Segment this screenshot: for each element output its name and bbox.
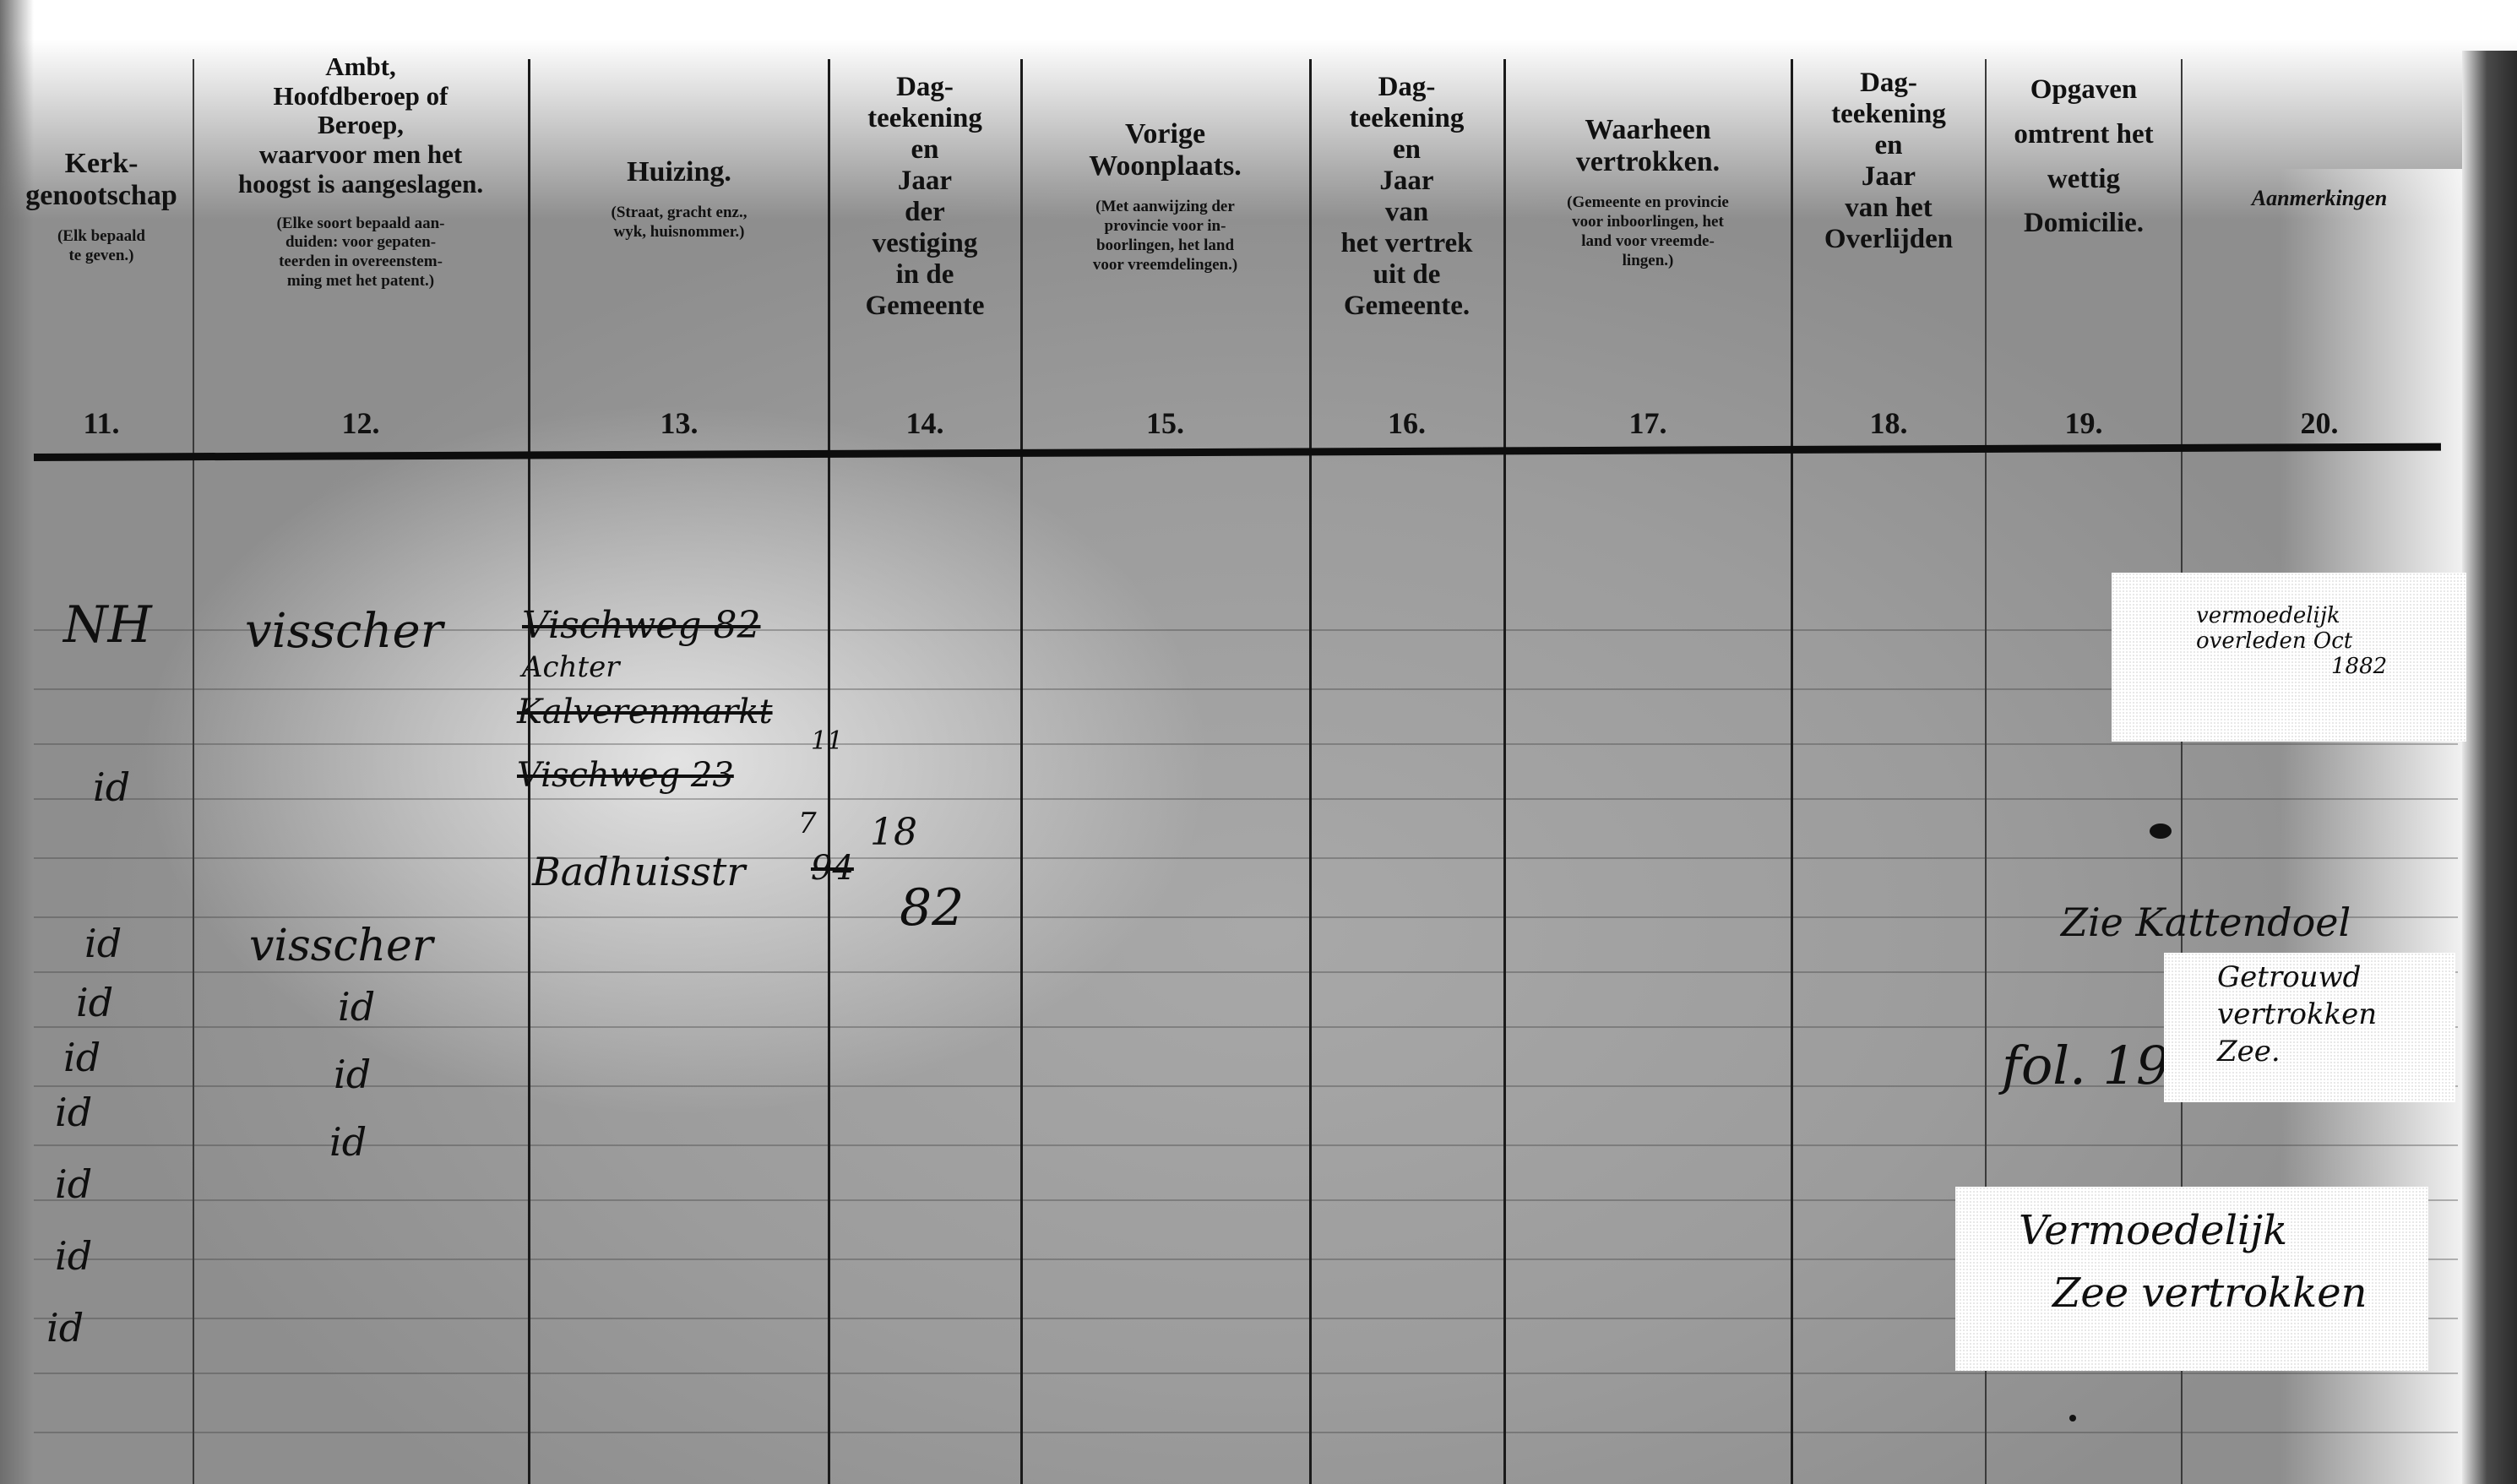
kerk-entry: id (55, 1090, 92, 1135)
ruling-line (34, 857, 2458, 859)
ruling-line (34, 798, 2458, 800)
register-page: Kerk- genootschap (Elk bepaald te geven.… (0, 0, 2517, 1484)
header-vorige-woonplaats: Vorige Woonplaats. (Met aanwijzing der p… (1024, 118, 1307, 275)
column-divider (828, 59, 830, 1484)
address-struck: Vischweg 23 (517, 756, 734, 795)
remark-note: Vermoedelijk Zee vertrokken (2019, 1199, 2368, 1325)
ruling-line (34, 971, 2458, 973)
header-waarheen: Waarheen vertrokken. (Gemeente en provin… (1507, 114, 1789, 270)
header-kerkgenootschap: Kerk- genootschap (Elk bepaald te geven.… (13, 148, 190, 266)
address-number: 18 (870, 811, 917, 854)
column-divider (193, 59, 194, 1484)
column-number: 16. (1312, 405, 1502, 441)
column-number: 19. (1988, 405, 2179, 441)
address-number: 82 (900, 878, 964, 938)
ruling-line (34, 1144, 2458, 1146)
address-number: 7 (798, 807, 817, 840)
kerk-entry: id (93, 764, 130, 810)
ruling-line (34, 743, 2458, 745)
column-number: 20. (2184, 405, 2454, 441)
header-vertrek: Dag- teekening en Jaar van het vertrek u… (1312, 72, 1502, 322)
kerk-entry: id (46, 1305, 84, 1351)
address-struck: Kalverenmarkt (517, 693, 773, 731)
column-number: 15. (1024, 405, 1307, 441)
column-divider (1503, 59, 1506, 1484)
column-divider (1020, 59, 1023, 1484)
header-vestiging: Dag- teekening en Jaar der vestiging in … (832, 72, 1018, 322)
column-number: 12. (196, 405, 525, 441)
column-number: 17. (1507, 405, 1789, 441)
ruling-line (34, 688, 2458, 690)
beroep-entry: id (334, 1052, 371, 1097)
address-struck: Vischweg 82 (522, 604, 760, 647)
address-current: Badhuisstr (532, 849, 745, 894)
header-rule (34, 443, 2441, 461)
page-edge-binding (2462, 51, 2517, 1484)
ruling-line (34, 1432, 2458, 1433)
kerk-entry: id (76, 980, 113, 1025)
header-aanmerkingen: Aanmerkingen (2184, 186, 2454, 210)
beroep-entry: id (329, 1119, 367, 1165)
column-number: 11. (13, 405, 190, 441)
kerk-entry: id (55, 1233, 92, 1279)
header-overlijden: Dag- teekening en Jaar van het Overlijde… (1794, 68, 1983, 255)
address-number: 11 (811, 726, 843, 756)
ruling-line (34, 1373, 2458, 1374)
column-number: 13. (532, 405, 826, 441)
beroep-entry: visscher (245, 604, 443, 659)
beroep-entry: visscher (249, 921, 433, 971)
address-struck-number: 94 (811, 849, 854, 888)
kerk-entry: id (84, 921, 122, 966)
column-number: 14. (832, 405, 1018, 441)
address-note: Achter (522, 650, 620, 684)
header-huizing: Huizing. (Straat, gracht enz., wyk, huis… (532, 156, 826, 242)
kerk-entry: NH (63, 595, 152, 655)
beroep-entry: id (338, 984, 375, 1030)
header-beroep: Ambt, Hoofdberoep of Beroep, waarvoor me… (196, 52, 525, 291)
folio-reference: fol. 19. (2002, 1035, 2186, 1096)
header-domicilie: Opgaven omtrent het wettig Domicilie. (1988, 68, 2179, 246)
remark-note: Getrouwd vertrokken Zee. (2217, 959, 2377, 1071)
ink-blot (2069, 1415, 2076, 1421)
column-divider (1791, 59, 1793, 1484)
remark-note: Zie Kattendoel (2061, 900, 2351, 945)
remark-note: vermoedelijk overleden Oct 1882 (2196, 604, 2387, 680)
column-number: 18. (1794, 405, 1983, 441)
ruling-line (34, 1026, 2458, 1028)
kerk-entry: id (55, 1161, 92, 1207)
ink-blot (2150, 824, 2172, 839)
kerk-entry: id (63, 1035, 101, 1080)
